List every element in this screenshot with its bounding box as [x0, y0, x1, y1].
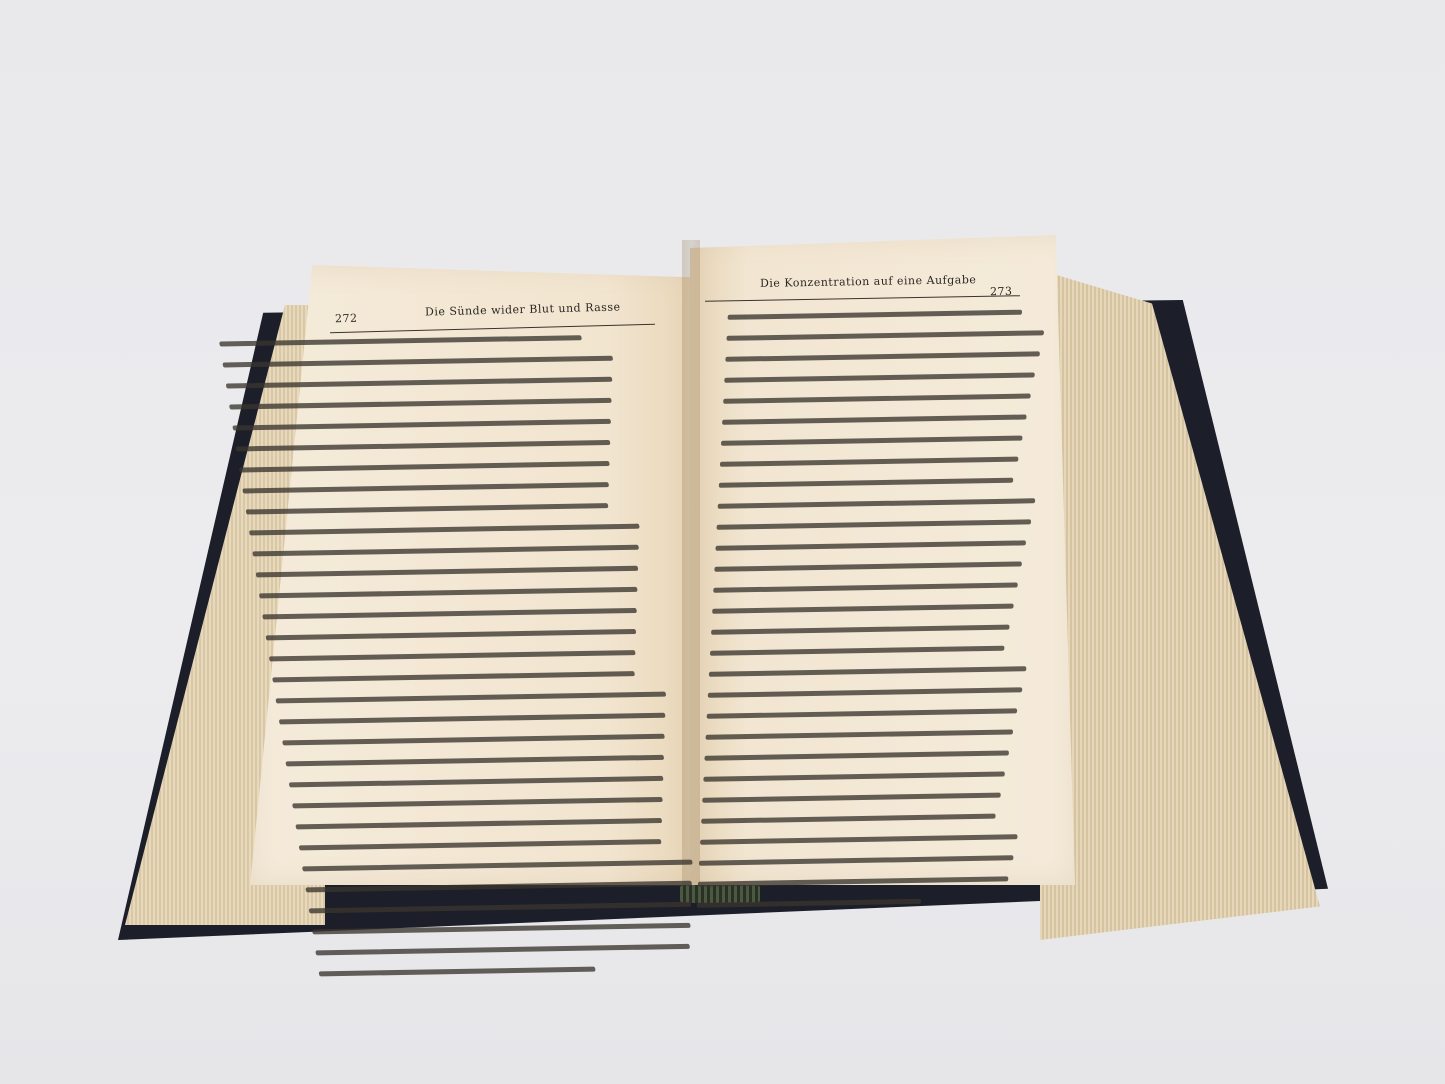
text-line: [275, 692, 666, 704]
text-line: [703, 772, 1004, 782]
text-line: [726, 330, 1043, 341]
text-line: [285, 755, 664, 767]
right-page-text-block: [696, 309, 1048, 923]
text-line: [698, 876, 1009, 886]
text-line: [249, 524, 640, 536]
text-line: [711, 625, 1009, 635]
text-line: [697, 899, 922, 908]
text-line: [712, 604, 1013, 614]
text-line: [699, 855, 1013, 865]
text-line: [252, 545, 639, 557]
text-line: [292, 797, 663, 808]
text-line: [305, 881, 692, 893]
text-line: [222, 356, 613, 368]
text-line: [266, 629, 637, 640]
text-line: [299, 839, 662, 850]
text-line: [720, 457, 1018, 467]
text-line: [312, 923, 691, 935]
text-line: [721, 436, 1022, 446]
text-line: [725, 351, 1039, 361]
text-line: [242, 482, 609, 493]
text-line: [702, 793, 1000, 803]
text-line: [700, 834, 1017, 845]
text-line: [319, 967, 596, 977]
text-line: [236, 440, 611, 452]
text-line: [269, 650, 636, 661]
text-line: [719, 478, 1014, 488]
text-line: [295, 818, 662, 829]
text-line: [701, 814, 996, 824]
text-line: [715, 540, 1026, 550]
text-line: [717, 519, 1031, 529]
text-line: [272, 671, 635, 682]
left-page-number: 272: [335, 312, 358, 326]
text-line: [714, 561, 1022, 571]
text-line: [724, 372, 1035, 382]
text-line: [315, 944, 690, 956]
text-line: [302, 860, 693, 872]
text-line: [707, 708, 1018, 718]
text-line: [309, 902, 692, 914]
photo-scene: 272 Die Sünde wider Blut und Rasse Die K…: [0, 0, 1445, 1084]
text-line: [246, 503, 609, 514]
text-line: [723, 393, 1031, 403]
text-line: [279, 713, 666, 725]
text-line: [704, 750, 1009, 760]
text-line: [289, 776, 664, 788]
text-line: [239, 461, 610, 472]
text-line: [282, 734, 665, 746]
text-line: [262, 608, 637, 620]
text-line: [708, 687, 1022, 697]
text-line: [709, 666, 1026, 677]
text-line: [713, 582, 1018, 592]
text-line: [718, 498, 1035, 509]
text-line: [259, 587, 638, 599]
text-line: [226, 377, 613, 389]
text-line: [722, 415, 1027, 425]
text-line: [706, 729, 1014, 739]
text-line: [229, 398, 612, 410]
text-line: [256, 566, 639, 578]
text-line: [232, 419, 611, 431]
text-line: [710, 646, 1005, 656]
